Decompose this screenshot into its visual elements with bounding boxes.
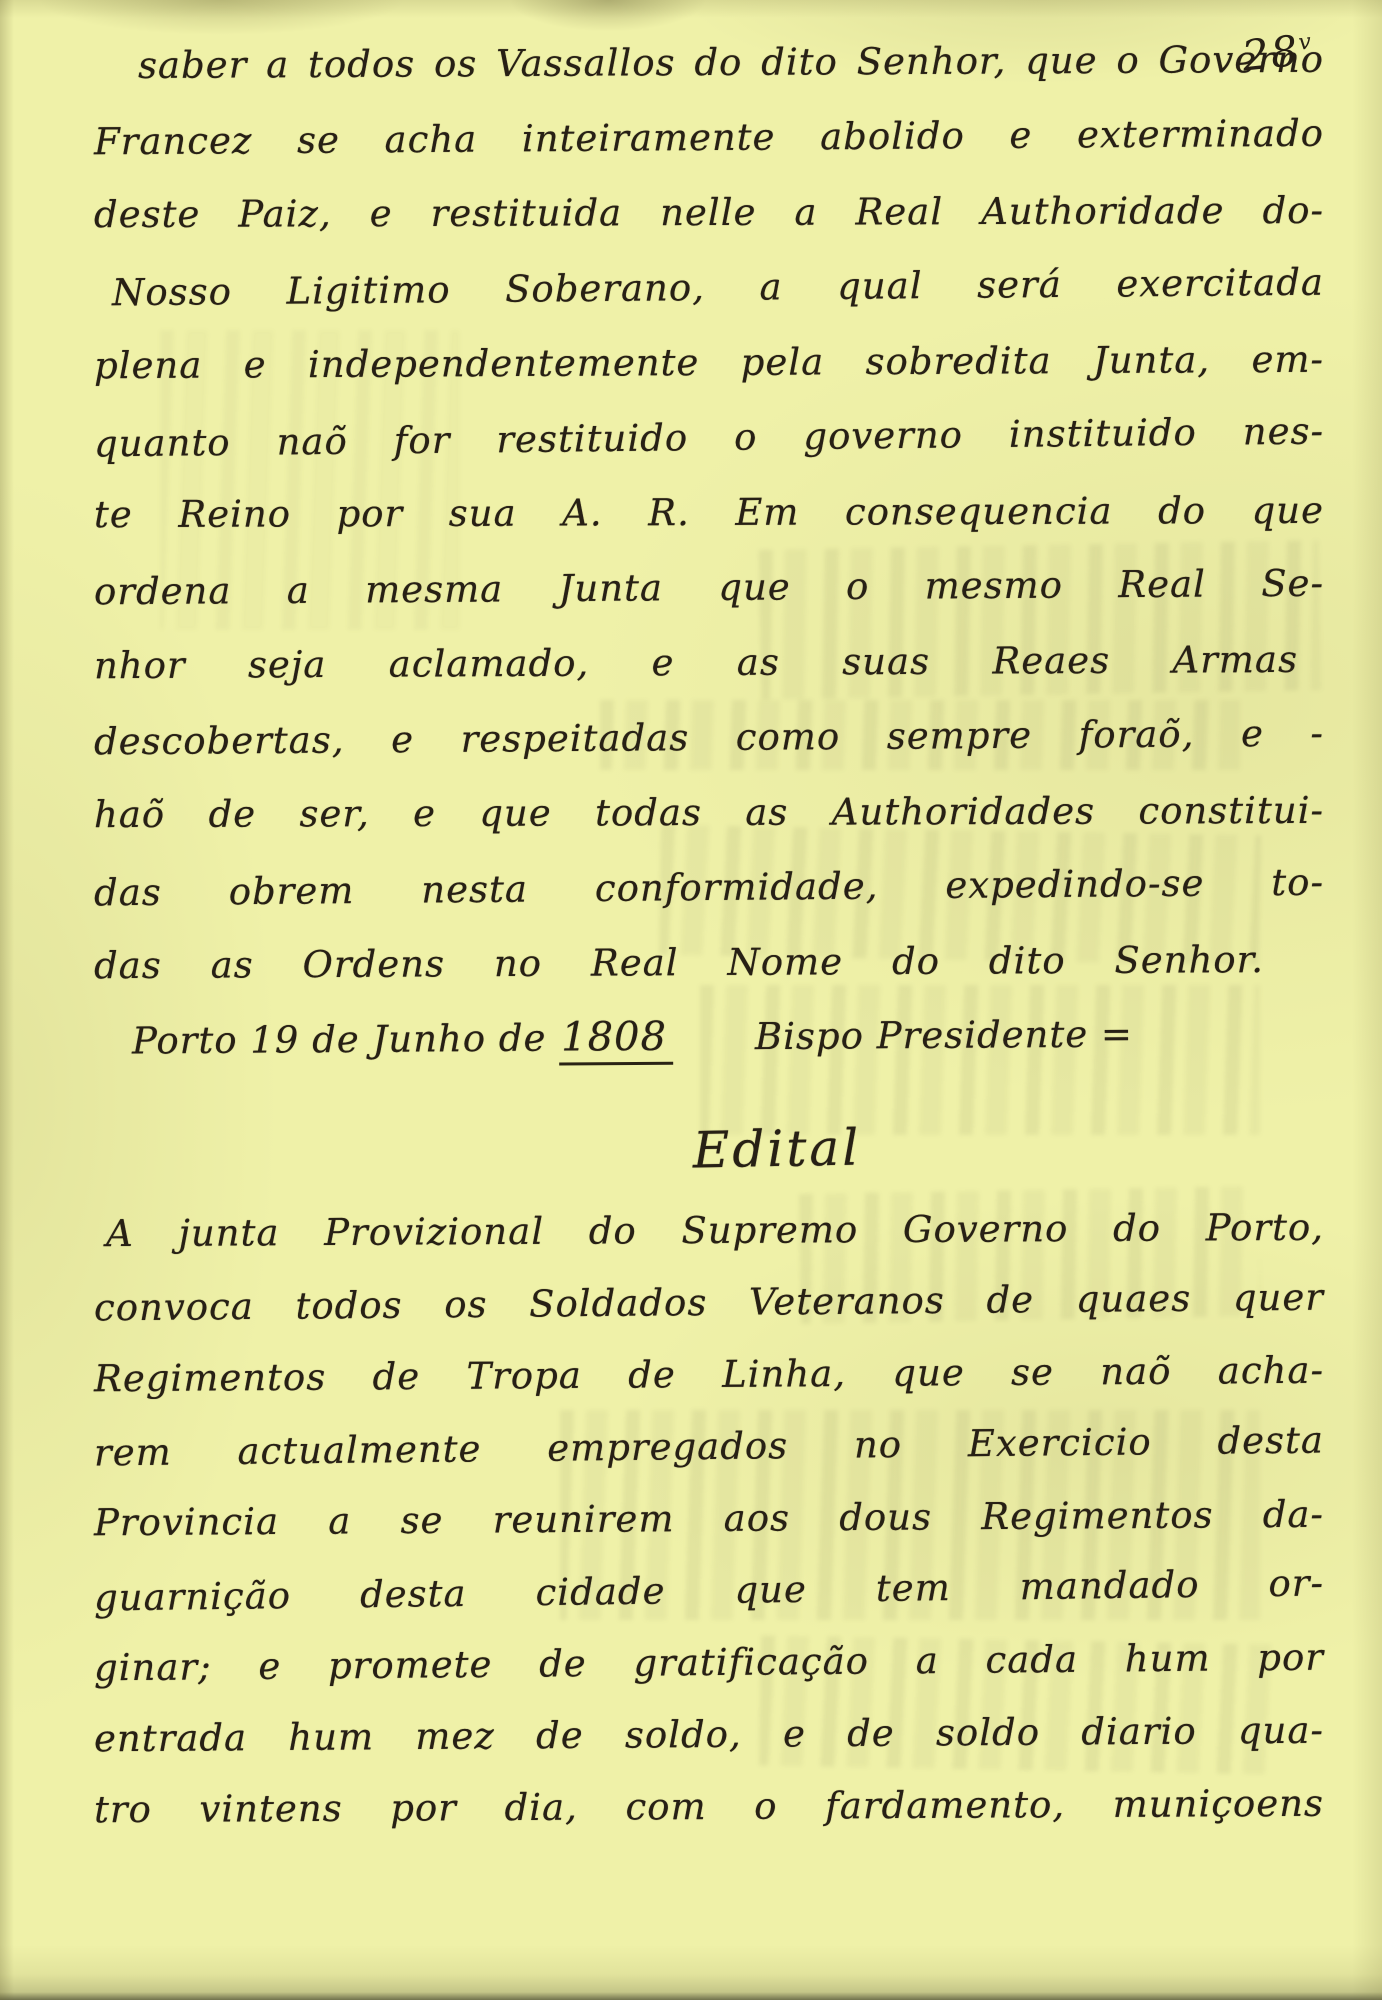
manuscript-line: ginar; e promete de gratificação a cada …	[94, 1622, 1325, 1705]
manuscript-line: rem actualmente empregados no Exercicio …	[94, 1405, 1325, 1490]
manuscript-line: ordena a mesma Junta que o mesmo Real Se…	[94, 546, 1324, 630]
manuscript-line: Francez se acha inteiramente abolido e e…	[94, 96, 1324, 180]
date-signature-line: Porto 19 de Junho de 1808Bispo President…	[132, 997, 1133, 1079]
date-text: Porto 19 de Junho de	[132, 1017, 547, 1063]
manuscript-line: Provincia a se reunirem aos dous Regimen…	[94, 1479, 1324, 1560]
manuscript-line: nhor seja aclamado, e as suas Reaes Arma…	[94, 622, 1324, 703]
manuscript-line: saber a todos os Vassallos do dito Senho…	[94, 22, 1324, 103]
manuscript-line: deste Paiz, e restituida nelle a Real Au…	[94, 173, 1324, 252]
manuscript-line: das as Ordens no Real Nome do dito Senho…	[94, 922, 1324, 1003]
manuscript-line: convoca todos os Soldados Veteranos de q…	[94, 1262, 1325, 1345]
manuscript-line: A junta Provizional do Supremo Governo d…	[94, 1192, 1324, 1270]
manuscript-line: Regimentos de Tropa de Linha, que se naõ…	[94, 1335, 1324, 1416]
manuscript-line: descobertas, e respeitadas como sempre f…	[94, 696, 1324, 780]
manuscript-line: Nosso Ligitimo Soberano, a qual será exe…	[94, 245, 1325, 331]
spacer	[673, 1049, 755, 1050]
manuscript-line: entrada hum mez de soldo, e de soldo dia…	[94, 1695, 1324, 1776]
manuscript-line: plena e independentemente pela sobredita…	[94, 322, 1324, 403]
manuscript-line: te Reino por sua A. R. Em consequencia d…	[94, 473, 1324, 552]
manuscript-line: quanto naõ for restituido o governo inst…	[94, 394, 1325, 482]
manuscript-page: 28v saber a todos os Vassallos do dito S…	[0, 0, 1382, 2000]
signature-text: Bispo Presidente =	[755, 1013, 1133, 1059]
manuscript-line: tro vintens por dia, com o fardamento, m…	[94, 1768, 1324, 1846]
manuscript-line: guarnição desta cidade que tem mandado o…	[94, 1547, 1325, 1634]
edital-heading: Edital	[85, 1096, 1382, 1202]
manuscript-line: haõ de ser, e que todas as Authoridades …	[94, 773, 1324, 852]
manuscript-line: das obrem nesta conformidade, expedindo-…	[94, 845, 1325, 931]
year-underlined: 1808	[559, 1014, 673, 1066]
edict-paragraph: A junta Provizional do Supremo Governo d…	[94, 1195, 1324, 1843]
proclamation-paragraph: saber a todos os Vassallos do dito Senho…	[94, 25, 1324, 1000]
